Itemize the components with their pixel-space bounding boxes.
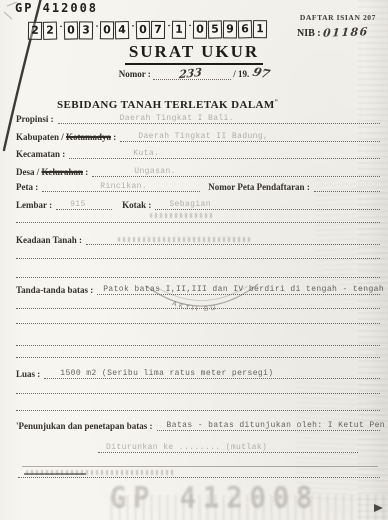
peta-label: Peta : — [16, 182, 42, 192]
nomor-year-prefix: / 19. — [233, 69, 249, 79]
kecamatan-value: Kuta. — [133, 149, 159, 158]
code-box: 3 — [79, 21, 93, 39]
code-box: 0 — [100, 21, 114, 39]
field-penunjukan-batas: 'Penunjukan dan penetapan batas : Batas … — [16, 417, 380, 431]
parcel-code-boxes: 2 2 · 0 3 · 0 4 · 0 7 · 1 · 0 5 9 6 1 — [28, 20, 268, 40]
code-box: 0 — [64, 21, 78, 39]
tanda-batas-value: Patok batas I,II,III dan IV berdiri di t… — [103, 285, 388, 294]
desa-dotted-line: Ungasan. — [92, 162, 380, 177]
code-box: 5 — [208, 20, 222, 38]
nib-value-handwritten: 01186 — [323, 25, 370, 40]
luas-dotted-line: 1500 m2 (Seribu lima ratus meter persegi… — [44, 364, 380, 379]
code-box: 2 — [43, 22, 57, 40]
round-stamp-text: AKTII BU — [171, 300, 218, 313]
dotted-line — [18, 477, 380, 478]
page-title: SURAT UKUR — [125, 42, 263, 65]
kecamatan-dotted-line: Kuta. — [69, 144, 380, 159]
kabupaten-label-struck: Kotamadya — [66, 132, 111, 142]
field-desa: Desa / Kelurahan : Ungasan. — [16, 163, 380, 177]
penunjukan-dotted-line: Batas - batas ditunjukan oleh: I Ketut P… — [157, 416, 380, 431]
luas-value: 1500 m2 (Seribu lima ratus meter persegi… — [60, 369, 273, 378]
nomor-line: Nomor : 233 / 19. 97 — [0, 66, 388, 80]
field-kecamatan: Kecamatan : Kuta. — [16, 145, 380, 159]
code-box: 9 — [223, 20, 237, 38]
thin-rule-line — [22, 466, 378, 467]
tanda-batas-label: Tanda-tanda batas : — [16, 285, 97, 295]
desa-value: Ungasan. — [134, 167, 176, 176]
desa-label: Desa / Kelurahan : — [16, 167, 92, 177]
kabupaten-colon: : — [113, 132, 116, 142]
desa-colon: : — [85, 167, 88, 177]
peta-value: Rincikan. — [100, 182, 147, 191]
ghost-stamp-watermark: GP 412008 — [110, 482, 319, 515]
kabupaten-value: Daerah Tingkat II Badung, — [138, 132, 268, 141]
lembar-label: Lembar : — [16, 200, 56, 210]
penunjukan-value: Batas - batas ditunjukan oleh: I Ketut P… — [167, 421, 388, 430]
code-box: 4 — [115, 21, 129, 39]
propinsi-dotted-line: Daerah Tingkat I Bali. — [58, 109, 380, 124]
nomor-value-handwritten: 233 — [179, 66, 203, 82]
nomor-year-handwritten: 97 — [251, 65, 272, 81]
kotak-value: Sebagian — [169, 200, 211, 209]
dotted-line — [16, 323, 380, 324]
document-title-wrap: SURAT UKUR — [0, 42, 388, 65]
penunjukan-label: 'Penunjukan dan penetapan batas : — [16, 421, 157, 431]
dotted-line — [16, 345, 380, 346]
field-peta: Peta : Rincikan. Nomor Peta Pendaftaran … — [16, 178, 380, 192]
nomor-dotted-line: 233 — [153, 68, 231, 80]
dotted-line — [16, 410, 380, 411]
code-box: 2 — [28, 22, 42, 40]
code-box: 7 — [151, 21, 165, 39]
luas-label: Luas : — [16, 369, 44, 379]
kabupaten-label: Kabupaten / Kotamadya : — [16, 132, 120, 142]
dotted-line — [16, 277, 380, 278]
kabupaten-label-text: Kabupaten / — [16, 132, 64, 142]
propinsi-value: Daerah Tingkat I Bali. — [120, 114, 234, 123]
kotak-dotted-line: Sebagian — [155, 195, 380, 210]
nib-field: NIB : 01186 — [297, 26, 369, 39]
field-lembar-kotak: Lembar : 915 Kotak : Sebagian — [16, 196, 380, 210]
nomor-peta-label: Nomor Peta Pendaftaran : — [200, 182, 314, 192]
code-box: 1 — [172, 21, 186, 39]
faded-typed-smudge — [150, 213, 214, 218]
document-number-stamp: GP 412008 — [15, 1, 98, 15]
code-box: 1 — [253, 20, 267, 38]
lembar-value: 915 — [70, 200, 86, 209]
penunjukan-second-dotted-line: Diturunkan ke ........ (mutlak) — [98, 438, 358, 453]
scanned-surat-ukur-document: AKTII BU GP 412008 DAFTAR ISIAN 207 NIB … — [0, 0, 388, 520]
tanda-batas-dotted-line: Patok batas I,II,III dan IV berdiri di t… — [97, 280, 380, 295]
lembar-dotted-line: 915 — [56, 195, 112, 210]
field-kabupaten: Kabupaten / Kotamadya : Daerah Tingkat I… — [16, 128, 380, 142]
dotted-line — [16, 258, 380, 259]
penunjukan-value2: Diturunkan ke ........ (mutlak) — [106, 443, 267, 452]
strike-through-mark — [24, 473, 86, 475]
desa-label-text: Desa / — [16, 167, 39, 177]
dotted-line — [16, 308, 380, 309]
heading-footnote-mark: ” — [275, 99, 278, 105]
desa-label-struck: Kelurahan — [42, 167, 84, 177]
code-box: 0 — [136, 21, 150, 39]
daftar-isian-label: DAFTAR ISIAN 207 — [300, 13, 376, 22]
dotted-line — [16, 222, 380, 223]
code-box: 0 — [193, 21, 207, 39]
penunjukan-second-line: Diturunkan ke ........ (mutlak) — [98, 439, 358, 453]
kecamatan-label: Kecamatan : — [16, 149, 69, 159]
keadaan-label: Keadaan Tanah : — [16, 235, 86, 245]
field-luas: Luas : 1500 m2 (Seribu lima ratus meter … — [16, 365, 380, 379]
nomor-peta-dotted-line — [314, 177, 380, 192]
right-edge-arrow-mark — [374, 504, 383, 512]
kotak-label: Kotak : — [112, 200, 155, 210]
dotted-line — [16, 357, 380, 358]
propinsi-label: Propinsi : — [16, 114, 58, 124]
nib-label: NIB : — [297, 28, 321, 39]
nomor-label: Nomor : — [119, 69, 151, 79]
faded-handwriting-smudge — [118, 237, 250, 242]
dotted-line — [16, 393, 380, 394]
kabupaten-dotted-line: Daerah Tingkat II Badung, — [120, 127, 380, 142]
field-propinsi: Propinsi : Daerah Tingkat I Bali. — [16, 110, 380, 124]
peta-dotted-line: Rincikan. — [42, 177, 200, 192]
field-tanda-batas: Tanda-tanda batas : Patok batas I,II,III… — [16, 281, 380, 295]
code-box: 6 — [238, 20, 252, 38]
